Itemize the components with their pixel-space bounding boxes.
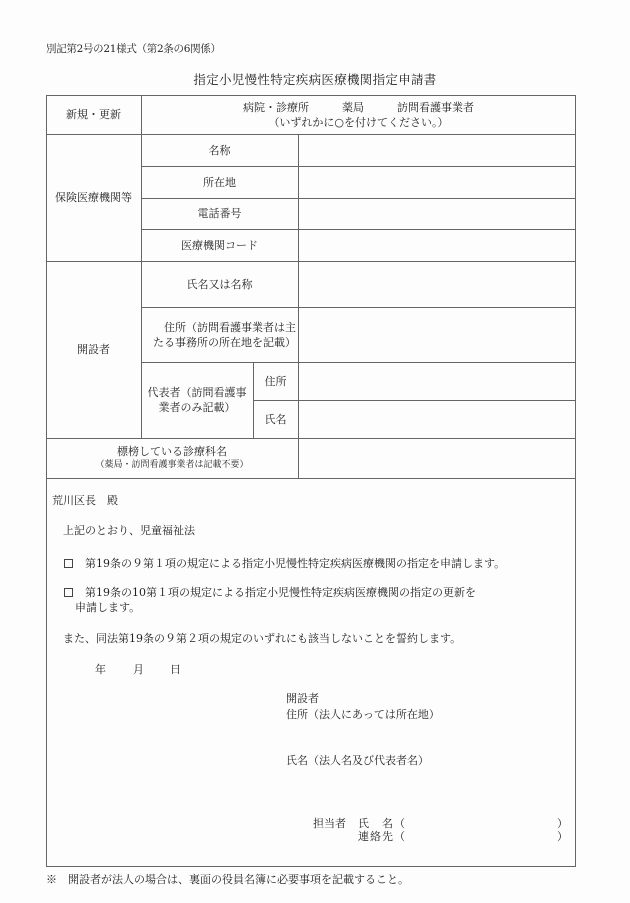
footnote: ※ 開設者が法人の場合は、裏面の役員名簿に必要事項を記載すること。 xyxy=(46,871,409,887)
representative-name-field[interactable] xyxy=(299,401,575,438)
institution-phone-field[interactable] xyxy=(299,199,575,229)
checkbox-renewal-label-line2: 申請します。 xyxy=(75,599,140,615)
departments-label-text: 標榜している診療科名 xyxy=(117,444,227,459)
representative-label-line1: 代表者（訪問看護事 xyxy=(148,385,247,400)
checkbox-icon[interactable] xyxy=(64,559,73,568)
founder-address-label-line1: 住所（訪問看護事業者は主 xyxy=(164,320,296,335)
type-label: 新規・更新 xyxy=(46,95,141,134)
pledge-text: また、同法第19条の９第２項の規定のいずれにも該当しないことを誓約します。 xyxy=(63,630,461,646)
founder-address-label-line2: たる事務所の所在地を記載） xyxy=(153,335,296,350)
institution-address-label: 所在地 xyxy=(141,166,298,198)
applicant-name-label: 氏名（法人名及び代表者名） xyxy=(286,752,429,768)
founder-address-field[interactable] xyxy=(299,308,575,362)
checkbox-designation[interactable]: 第19条の９第１項の規定による指定小児慢性特定疾病医療機関の指定を申請します。 xyxy=(64,555,505,571)
checkbox-renewal-label: 第19条の10第１項の規定による指定小児慢性特定疾病医療機関の指定の更新を xyxy=(85,586,476,599)
founder-name-field[interactable] xyxy=(299,262,575,307)
checkbox-designation-label: 第19条の９第１項の規定による指定小児慢性特定疾病医療機関の指定を申請します。 xyxy=(85,557,505,570)
checkbox-icon[interactable] xyxy=(64,588,73,597)
departments-label: 標榜している診療科名 （薬局・訪問看護事業者は記載不要） xyxy=(46,438,298,478)
contact-phone-field[interactable] xyxy=(410,825,555,841)
page-title: 指定小児慢性特定疾病医療機関指定申請書 xyxy=(0,70,630,88)
addressee: 荒川区長 殿 xyxy=(52,492,118,508)
representative-address-label: 住所 xyxy=(253,362,298,400)
intro-text: 上記のとおり、児童福祉法 xyxy=(63,522,195,538)
date-month: 月 xyxy=(133,661,144,677)
representative-label-line2: 業者のみ記載） xyxy=(159,400,236,415)
representative-name-label: 氏名 xyxy=(253,400,298,438)
departments-field[interactable] xyxy=(299,439,575,478)
facility-type-instruction: （いずれかに○を付けてください。） xyxy=(268,115,448,130)
facility-type-options: 病院・診療所 薬局 訪問看護事業者 xyxy=(243,100,474,115)
contact-phone-close: ） xyxy=(557,828,568,844)
founder-name-label: 氏名又は名称 xyxy=(141,261,298,307)
checkbox-renewal[interactable]: 第19条の10第１項の規定による指定小児慢性特定疾病医療機関の指定の更新を xyxy=(64,584,476,600)
representative-address-field[interactable] xyxy=(299,363,575,400)
departments-note: （薬局・訪問看護事業者は記載不要） xyxy=(95,459,248,472)
contact-phone-label: 連絡先（ xyxy=(358,828,405,844)
institution-name-field[interactable] xyxy=(299,135,575,166)
divider xyxy=(46,478,576,479)
representative-label: 代表者（訪問看護事 業者のみ記載） xyxy=(141,362,253,438)
form-number: 別記第2号の21様式（第2条の6関係） xyxy=(46,41,221,56)
institution-phone-label: 電話番号 xyxy=(141,198,298,229)
institution-name-label: 名称 xyxy=(141,134,298,166)
founder-address-label: 住所（訪問看護事業者は主 たる事務所の所在地を記載） xyxy=(141,307,298,362)
institution-group-label: 保険医療機関等 xyxy=(46,134,141,261)
applicant-heading: 開設者 xyxy=(286,690,319,706)
applicant-address-label: 住所（法人にあっては所在地） xyxy=(286,706,440,722)
founder-group-label: 開設者 xyxy=(46,261,141,438)
contact-person-label: 担当者 xyxy=(313,815,346,831)
date-year: 年 xyxy=(95,661,106,677)
institution-code-label: 医療機関コード xyxy=(141,229,298,261)
institution-code-field[interactable] xyxy=(299,230,575,261)
date-day: 日 xyxy=(170,661,181,677)
institution-address-field[interactable] xyxy=(299,167,575,198)
facility-type-selector[interactable]: 病院・診療所 薬局 訪問看護事業者 （いずれかに○を付けてください。） xyxy=(141,95,576,134)
